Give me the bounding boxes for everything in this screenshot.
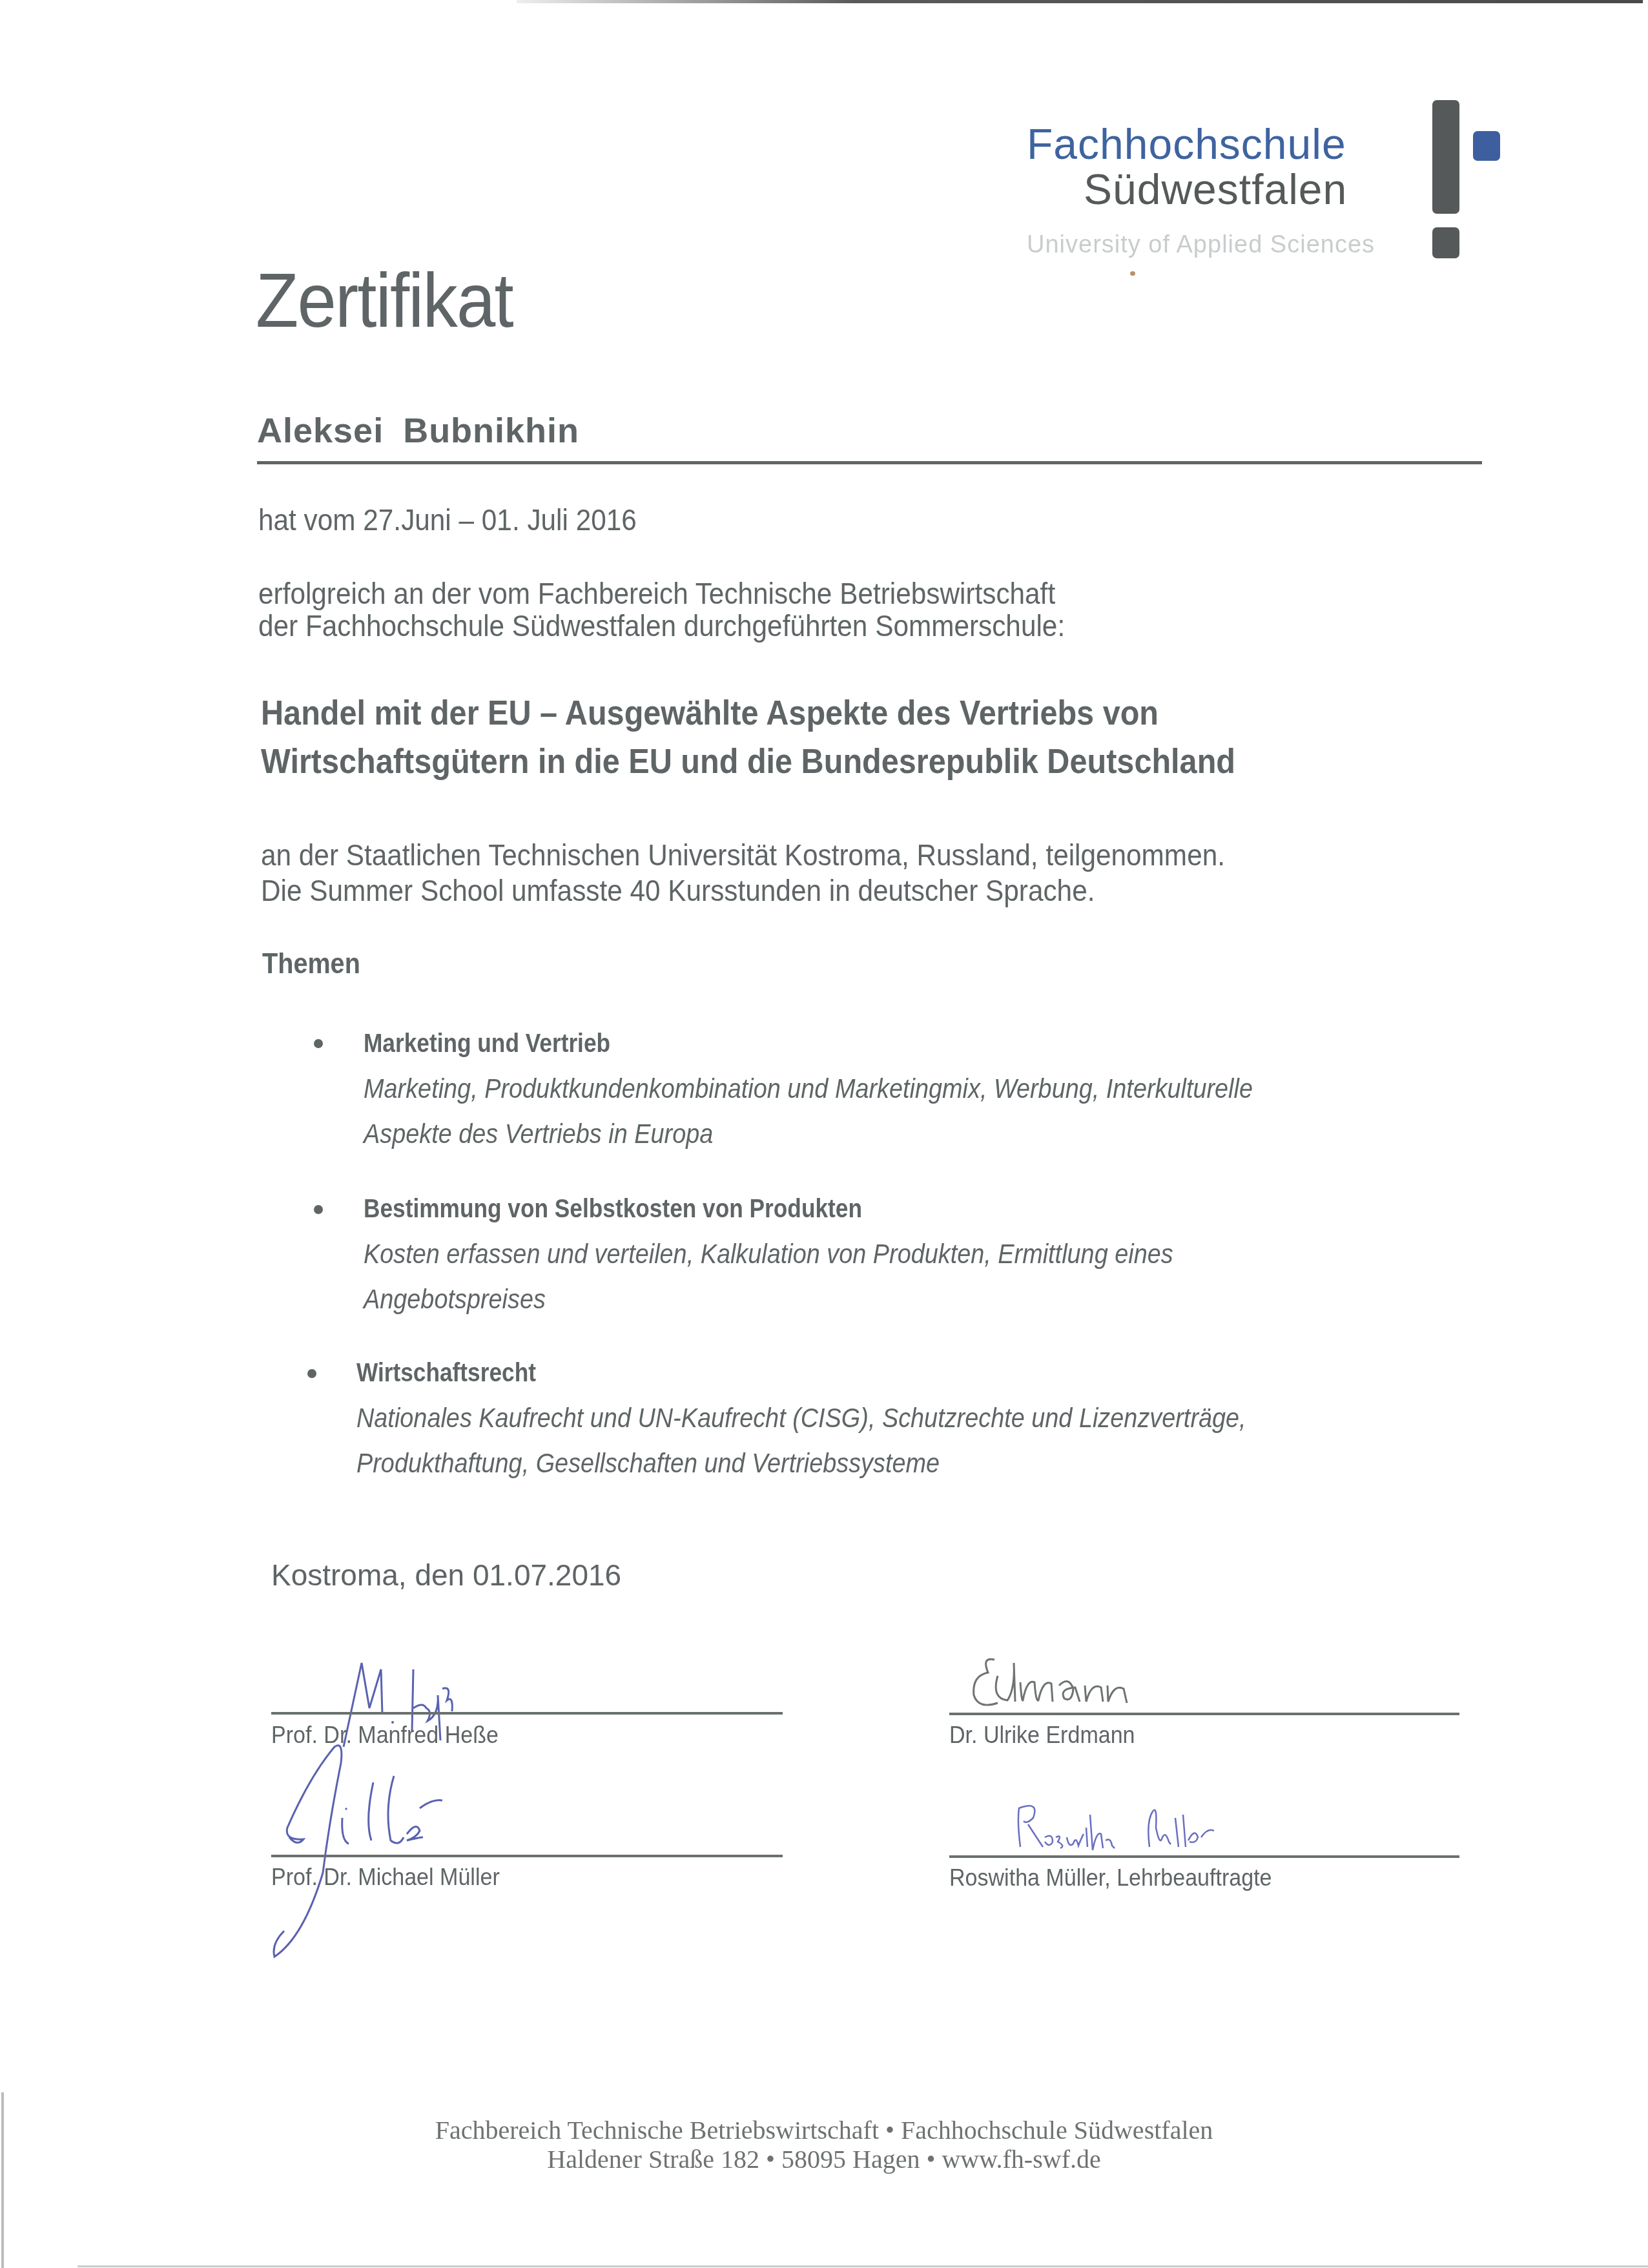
signature-line [949, 1713, 1459, 1715]
intro-line-1: erfolgreich an der vom Fachbereich Techn… [258, 576, 1055, 611]
topic-description-line: Nationales Kaufrecht und UN-Kaufrecht (C… [356, 1403, 1246, 1434]
logo-bar-shape [1432, 100, 1459, 214]
topic-title: Bestimmung von Selbstkosten von Produkte… [364, 1193, 862, 1224]
certificate-title: Zertifikat [256, 257, 513, 345]
signature-line [949, 1855, 1459, 1858]
footer-line-1: Fachbereich Technische Betriebswirtschaf… [0, 2115, 1648, 2145]
scan-speck [1130, 271, 1135, 276]
course-title-line-1: Handel mit der EU – Ausgewählte Aspekte … [261, 693, 1159, 733]
recipient-underline [257, 461, 1482, 464]
topic-description-line: Produkthaftung, Gesellschaften und Vertr… [356, 1448, 940, 1479]
logo-line-suedwestfalen: Südwestfalen [1084, 165, 1347, 214]
place-date: Kostroma, den 01.07.2016 [271, 1558, 621, 1593]
signature-mueller-icon [258, 1744, 465, 1963]
scan-edge-bottom [77, 2265, 1648, 2267]
logo-blue-square-shape [1473, 131, 1500, 161]
logo-dot-shape [1432, 227, 1459, 258]
topic-description-line: Kosten erfassen und verteilen, Kalkulati… [364, 1239, 1173, 1270]
signature-line [271, 1855, 783, 1857]
footer-line-2: Haldener Straße 182 • 58095 Hagen • www.… [0, 2144, 1648, 2174]
signature-erdmann-icon [969, 1650, 1175, 1715]
signatory-name: Dr. Ulrike Erdmann [949, 1722, 1135, 1749]
bullet-icon [314, 1205, 323, 1214]
signature-roswitha-icon [1014, 1802, 1259, 1860]
date-range: hat vom 27.Juni – 01. Juli 2016 [258, 502, 637, 537]
signatory-name: Prof. Dr. Michael Müller [271, 1864, 500, 1891]
topic-description-line: Marketing, Produktkundenkombination und … [364, 1073, 1253, 1105]
intro-line-2: der Fachhochschule Südwestfalen durchgef… [258, 608, 1065, 643]
logo-tagline: University of Applied Sciences [1027, 231, 1375, 259]
topics-heading: Themen [262, 948, 360, 980]
recipient-name: Aleksei Bubnikhin [257, 411, 579, 451]
location-line-2: Die Summer School umfasste 40 Kursstunde… [261, 873, 1095, 908]
topic-description-line: Aspekte des Vertriebs in Europa [364, 1119, 713, 1150]
bullet-icon [314, 1039, 323, 1048]
scan-edge-top [517, 0, 1643, 3]
topic-title: Marketing und Vertrieb [364, 1028, 610, 1058]
topic-title: Wirtschaftsrecht [356, 1357, 536, 1388]
signatory-name: Roswitha Müller, Lehrbeauftragte [949, 1864, 1272, 1892]
course-title-line-2: Wirtschaftsgütern in die EU und die Bund… [261, 741, 1235, 781]
signature-line [271, 1712, 783, 1715]
bullet-icon [307, 1369, 316, 1378]
location-line-1: an der Staatlichen Technischen Universit… [261, 838, 1225, 872]
topic-description-line: Angebotspreises [364, 1284, 546, 1315]
logo-line-fachhochschule: Fachhochschule [1027, 119, 1346, 169]
